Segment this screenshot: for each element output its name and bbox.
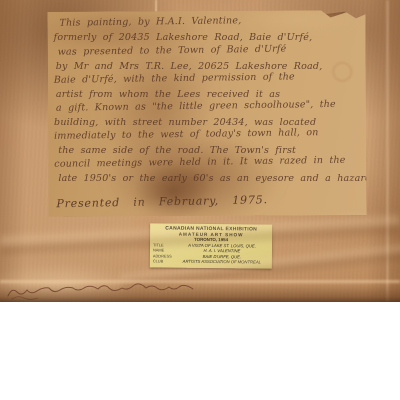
frame-back-photo: This painting, by H.A.I. Valentine, form… bbox=[0, 0, 400, 302]
inscription-line: was presented to the Town of Baie d'Urfé bbox=[58, 44, 287, 58]
inscription-line: late 1950's or the early 60's as an eyes… bbox=[58, 173, 371, 184]
inscription-line: formerly of 20435 Lakeshore Road, Baie d… bbox=[54, 32, 313, 43]
inscription-line: This painting, by H.A.I. Valentine, bbox=[59, 15, 241, 29]
inscription-line: by Mr and Mrs T.R. Lee, 20625 Lakeshore … bbox=[56, 61, 323, 72]
handwritten-provenance-note: This painting, by H.A.I. Valentine, form… bbox=[47, 10, 366, 217]
frame-edge-shadow bbox=[0, 284, 400, 302]
screenshot: This painting, by H.A.I. Valentine, form… bbox=[0, 0, 400, 400]
inscription-line: the same side of the road. The Town's fi… bbox=[58, 145, 296, 156]
image-letterbox bbox=[0, 302, 400, 400]
inscription-sheet: This painting, by H.A.I. Valentine, form… bbox=[47, 10, 366, 217]
inscription-line: building, with street number 20434, was … bbox=[54, 117, 316, 128]
inscription-line: Baie d'Urfé, with the kind permission of… bbox=[54, 71, 295, 85]
inscription-line: artist from whom the Lees received it as bbox=[56, 89, 280, 100]
inscription-line: a gift. Known as "the little green schoo… bbox=[56, 99, 336, 114]
inscription-line: council meetings were held in it. It was… bbox=[54, 155, 345, 170]
inscription-line: immediately to the west of today's town … bbox=[54, 127, 319, 142]
label-field-name: CLUB bbox=[153, 259, 175, 265]
